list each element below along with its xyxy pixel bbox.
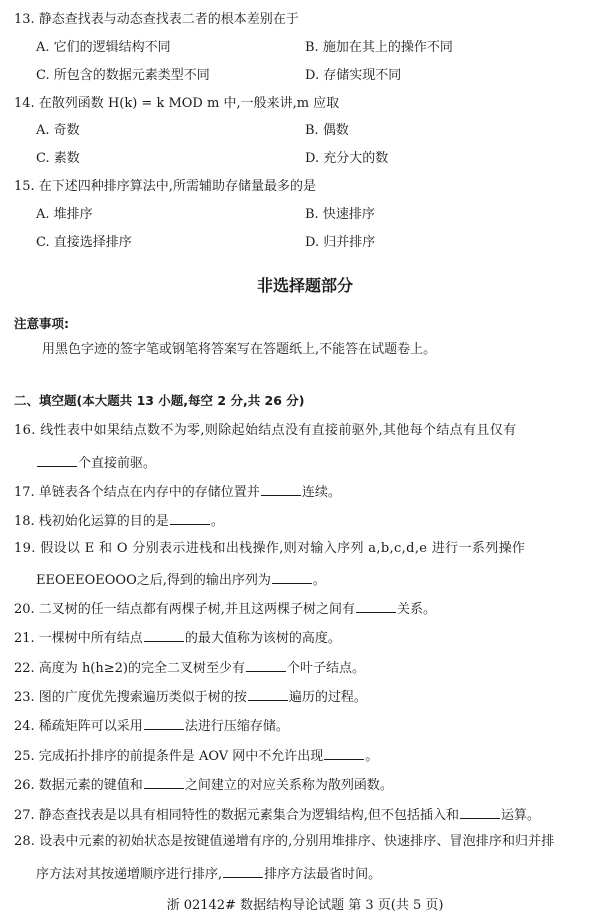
q14-option-c: C. 素数: [36, 151, 80, 167]
question-15-stem: 15. 在下述四种排序算法中,所需辅助存储量最多的是: [14, 179, 316, 195]
answer-blank: [144, 628, 184, 642]
q15-option-a: A. 堆排序: [36, 207, 93, 223]
answer-blank: [144, 775, 184, 789]
page-footer: 浙 02142# 数据结构导论试题 第 3 页(共 5 页): [0, 894, 610, 913]
q13-option-d: D. 存储实现不同: [305, 68, 401, 84]
question-14-stem: 14. 在散列函数 H(k) = k MOD m 中,一般来讲,m 应取: [14, 96, 339, 112]
q13-option-a: A. 它们的逻辑结构不同: [36, 40, 171, 56]
question-28-line1: 28. 设表中元素的初始状态是按键值递增有序的,分别用堆排序、快速排序、冒泡排序…: [14, 834, 554, 850]
answer-blank: [246, 658, 286, 672]
answer-blank: [356, 599, 396, 613]
question-27: 27. 静态查找表是以具有相同特性的数据元素集合为逻辑结构,但不包括插入和运算。: [14, 805, 540, 824]
question-21: 21. 一棵树中所有结点的最大值称为该树的高度。: [14, 628, 341, 647]
answer-blank: [223, 864, 263, 878]
q15-option-d: D. 归并排序: [305, 235, 375, 251]
question-13-stem: 13. 静态查找表与动态查找表二者的根本差别在于: [14, 12, 299, 28]
question-16-line1: 16. 线性表中如果结点数不为零,则除起始结点没有直接前驱外,其他每个结点有且仅…: [14, 423, 516, 439]
question-26: 26. 数据元素的键值和之间建立的对应关系称为散列函数。: [14, 775, 393, 794]
question-18: 18. 栈初始化运算的目的是。: [14, 511, 224, 530]
q15-option-b: B. 快速排序: [305, 207, 375, 223]
answer-blank: [170, 511, 210, 525]
section-title: 非选择题部分: [0, 273, 610, 296]
question-20: 20. 二叉树的任一结点都有两棵子树,并且这两棵子树之间有关系。: [14, 599, 436, 618]
q13-option-b: B. 施加在其上的操作不同: [305, 40, 453, 56]
answer-blank: [324, 746, 364, 760]
answer-blank: [37, 453, 77, 467]
question-22: 22. 高度为 h(h≥2)的完全二叉树至少有个叶子结点。: [14, 658, 365, 677]
q14-option-b: B. 偶数: [305, 123, 349, 139]
question-17: 17. 单链表各个结点在内存中的存储位置并连续。: [14, 482, 341, 501]
question-19-line2: EEOEEOEOOO之后,得到的输出序列为。: [36, 570, 326, 589]
answer-blank: [248, 687, 288, 701]
question-25: 25. 完成拓扑排序的前提条件是 AOV 网中不允许出现。: [14, 746, 378, 765]
answer-blank: [144, 716, 184, 730]
question-16-line2: 个直接前驱。: [36, 453, 156, 472]
notice-label: 注意事项:: [14, 316, 69, 332]
question-28-line2: 序方法对其按递增顺序进行排序,排序方法最省时间。: [36, 864, 381, 883]
answer-blank: [272, 570, 312, 584]
q13-option-c: C. 所包含的数据元素类型不同: [36, 68, 210, 84]
question-24: 24. 稀疏矩阵可以采用法进行压缩存储。: [14, 716, 289, 735]
q14-option-a: A. 奇数: [36, 123, 80, 139]
question-19-line1: 19. 假设以 E 和 O 分别表示进栈和出栈操作,则对输入序列 a,b,c,d…: [14, 541, 525, 557]
part-heading: 二、填空题(本大题共 13 小题,每空 2 分,共 26 分): [14, 393, 305, 409]
q15-option-c: C. 直接选择排序: [36, 235, 132, 251]
question-23: 23. 图的广度优先搜索遍历类似于树的按遍历的过程。: [14, 687, 367, 706]
notice-text: 用黑色字迹的签字笔或钢笔将答案写在答题纸上,不能答在试题卷上。: [42, 342, 436, 358]
q14-option-d: D. 充分大的数: [305, 151, 388, 167]
answer-blank: [261, 482, 301, 496]
answer-blank: [460, 805, 500, 819]
